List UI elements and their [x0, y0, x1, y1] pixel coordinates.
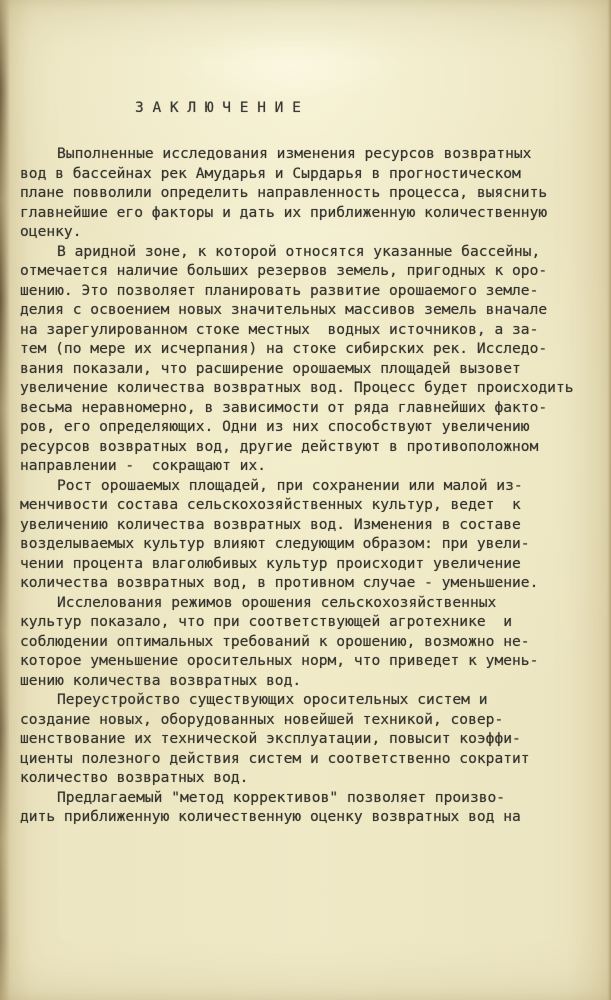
text-line: шению. Это позволяет планировать развити… — [20, 281, 595, 301]
paper-stain — [140, 20, 440, 110]
page-title: З А К Л Ю Ч Е Н И Е — [135, 100, 301, 116]
scanned-document-page: З А К Л Ю Ч Е Н И Е Выполненные исследов… — [0, 0, 611, 1000]
left-binding-shadow — [0, 0, 10, 1000]
text-line: которое уменьшение оросительных норм, чт… — [20, 651, 595, 671]
text-line: плане повволили определить направленност… — [20, 183, 595, 203]
text-line: оценку. — [20, 222, 595, 242]
text-line: вод в бассейнах рек Амударья и Сырдарья … — [20, 164, 595, 184]
text-line: Исслелования режимов орошения сельскохоз… — [20, 593, 595, 613]
text-line: Рост орошаемых площадей, при сохранении … — [20, 476, 595, 496]
text-line: циенты полезного действия систем и соотв… — [20, 749, 595, 769]
text-line: количества возвратных вод, в противном с… — [20, 573, 595, 593]
text-line: культур показало, что при соответствующе… — [20, 612, 595, 632]
text-line: главнейшие его факторы и дать их приближ… — [20, 203, 595, 223]
text-line: увеличение количества возвратных вод. Пр… — [20, 378, 595, 398]
text-line: тем (по мере их исчерпания) на стоке сиб… — [20, 339, 595, 359]
right-page-edge — [607, 0, 611, 1000]
text-line: вания показали, что расширение орошаемых… — [20, 359, 595, 379]
text-line: количество возвратных вод. — [20, 768, 595, 788]
text-line: направлении - сокращают их. — [20, 456, 595, 476]
text-line: чении процента влаголюбивых культур прои… — [20, 554, 595, 574]
text-line: весьма неравномерно, в зависимости от ря… — [20, 398, 595, 418]
text-line: отмечается наличие больших резервов земе… — [20, 261, 595, 281]
text-line: ров, его определяющих. Одни из них спосо… — [20, 417, 595, 437]
text-line: ресурсов возвратных вод, другие действую… — [20, 437, 595, 457]
text-line: менчивости состава сельскохозяйственных … — [20, 495, 595, 515]
text-line: Переустройство существующих оросительных… — [20, 690, 595, 710]
text-line: увеличению количества возвратных вод. Из… — [20, 515, 595, 535]
text-line: делия с освоением новых значительных мас… — [20, 300, 595, 320]
text-line: шенствование их технической эксплуатации… — [20, 729, 595, 749]
text-line: соблюдении оптимальных требований к орош… — [20, 632, 595, 652]
text-line: на зарегулированном стоке местных водных… — [20, 320, 595, 340]
text-line: создание новых, оборудованных новейшей т… — [20, 710, 595, 730]
text-line: В аридной зоне, к которой относятся указ… — [20, 242, 595, 262]
text-line: возделываемых культур влияют следующим о… — [20, 534, 595, 554]
text-line: дить приближенную количественную оценку … — [20, 807, 595, 827]
text-line: Выполненные исследования изменения ресур… — [20, 144, 595, 164]
text-line: Предлагаемый "метод коррективов" позволя… — [20, 788, 595, 808]
text-block: Выполненные исследования изменения ресур… — [20, 144, 595, 827]
text-line: шению количества возвратных вод. — [20, 671, 595, 691]
